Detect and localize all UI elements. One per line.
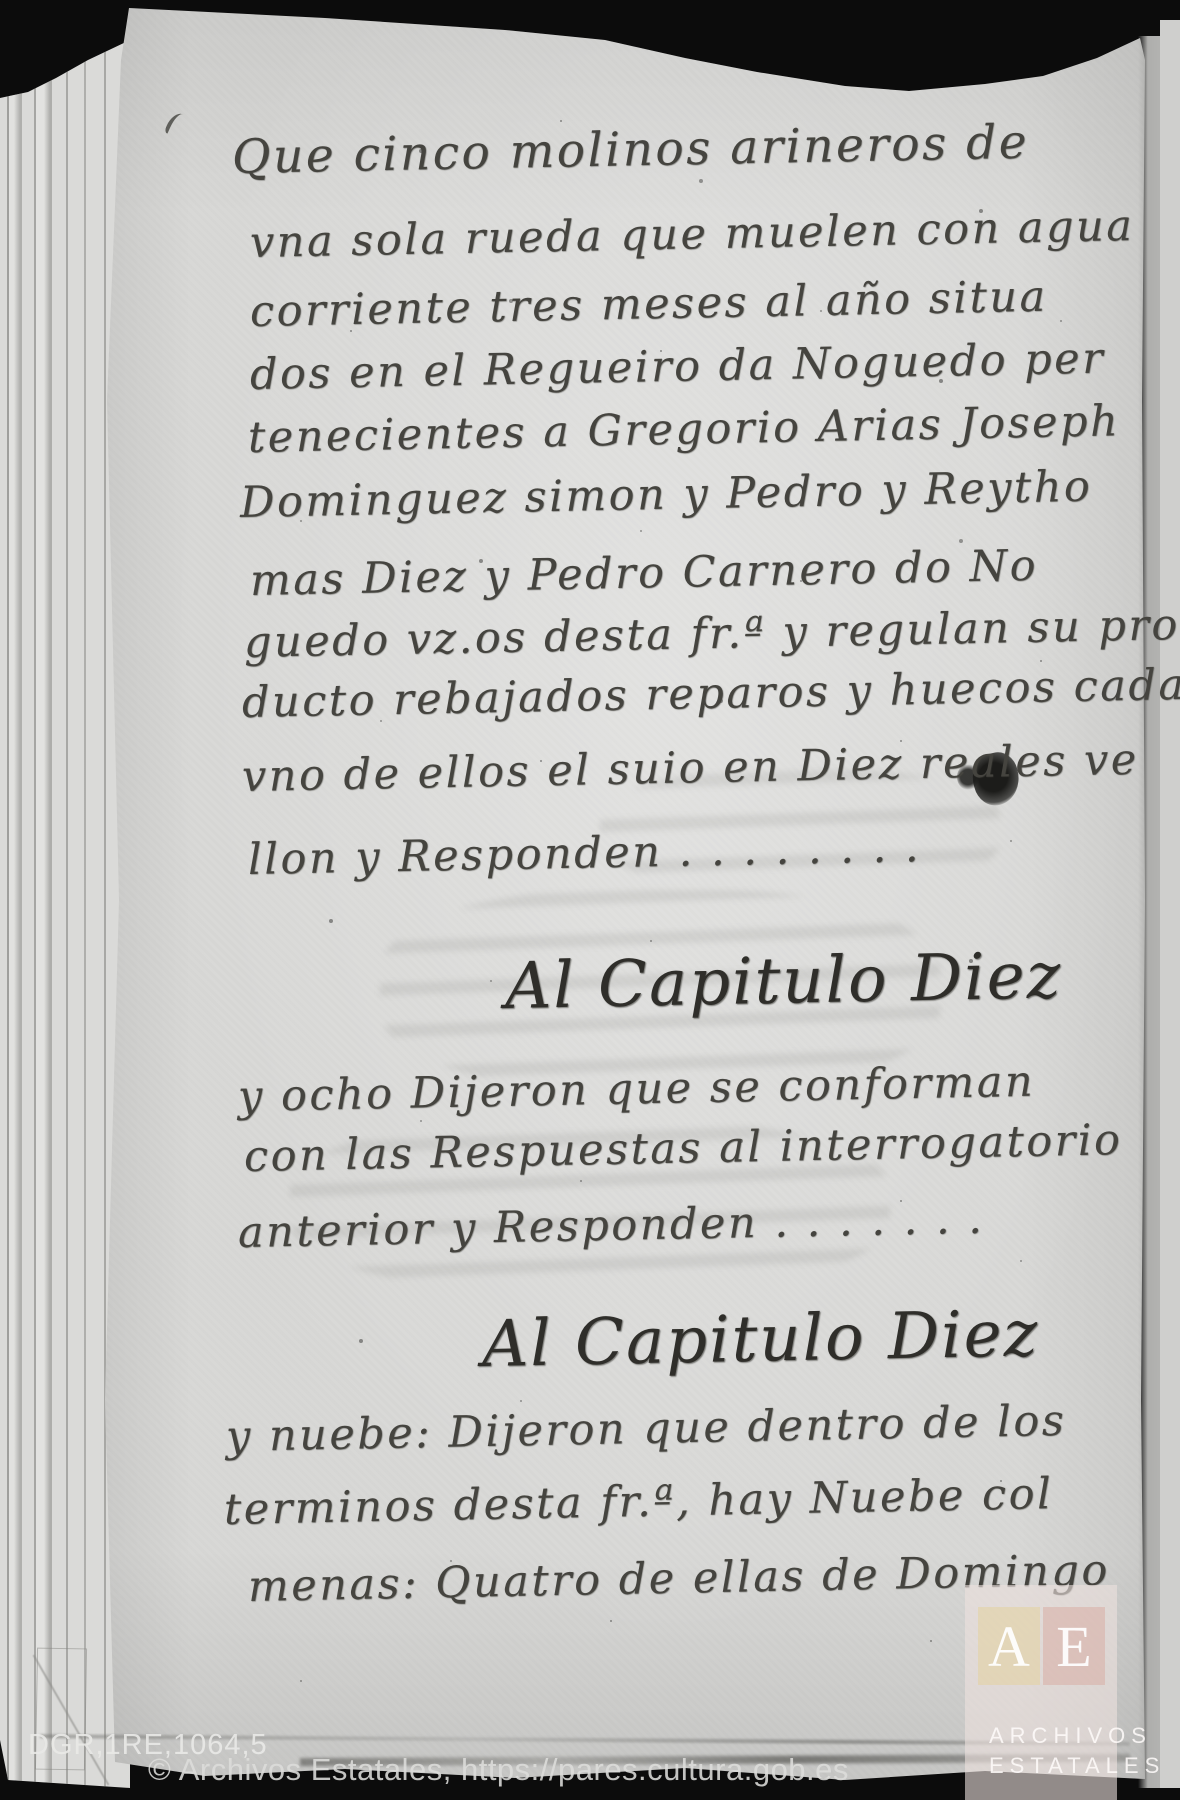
logo-letter-e: E — [1043, 1607, 1105, 1685]
archivos-estatales-logo: A E ARCHIVOS ESTATALES — [965, 1585, 1117, 1800]
logo-name-line2: ESTATALES — [989, 1753, 1165, 1779]
ink-speckles — [0, 0, 2, 2]
logo-letter-a: A — [978, 1607, 1040, 1685]
copyright-watermark: © Archivos Estatales, https://pares.cult… — [148, 1752, 849, 1788]
logo-name-line1: ARCHIVOS — [989, 1723, 1152, 1749]
chapter-heading: Al Capitulo Diez — [504, 939, 1063, 1024]
logo-initials: A E — [978, 1607, 1105, 1685]
adjacent-page-edge — [1160, 20, 1180, 1788]
chapter-heading: Al Capitulo Diez — [481, 1297, 1040, 1382]
